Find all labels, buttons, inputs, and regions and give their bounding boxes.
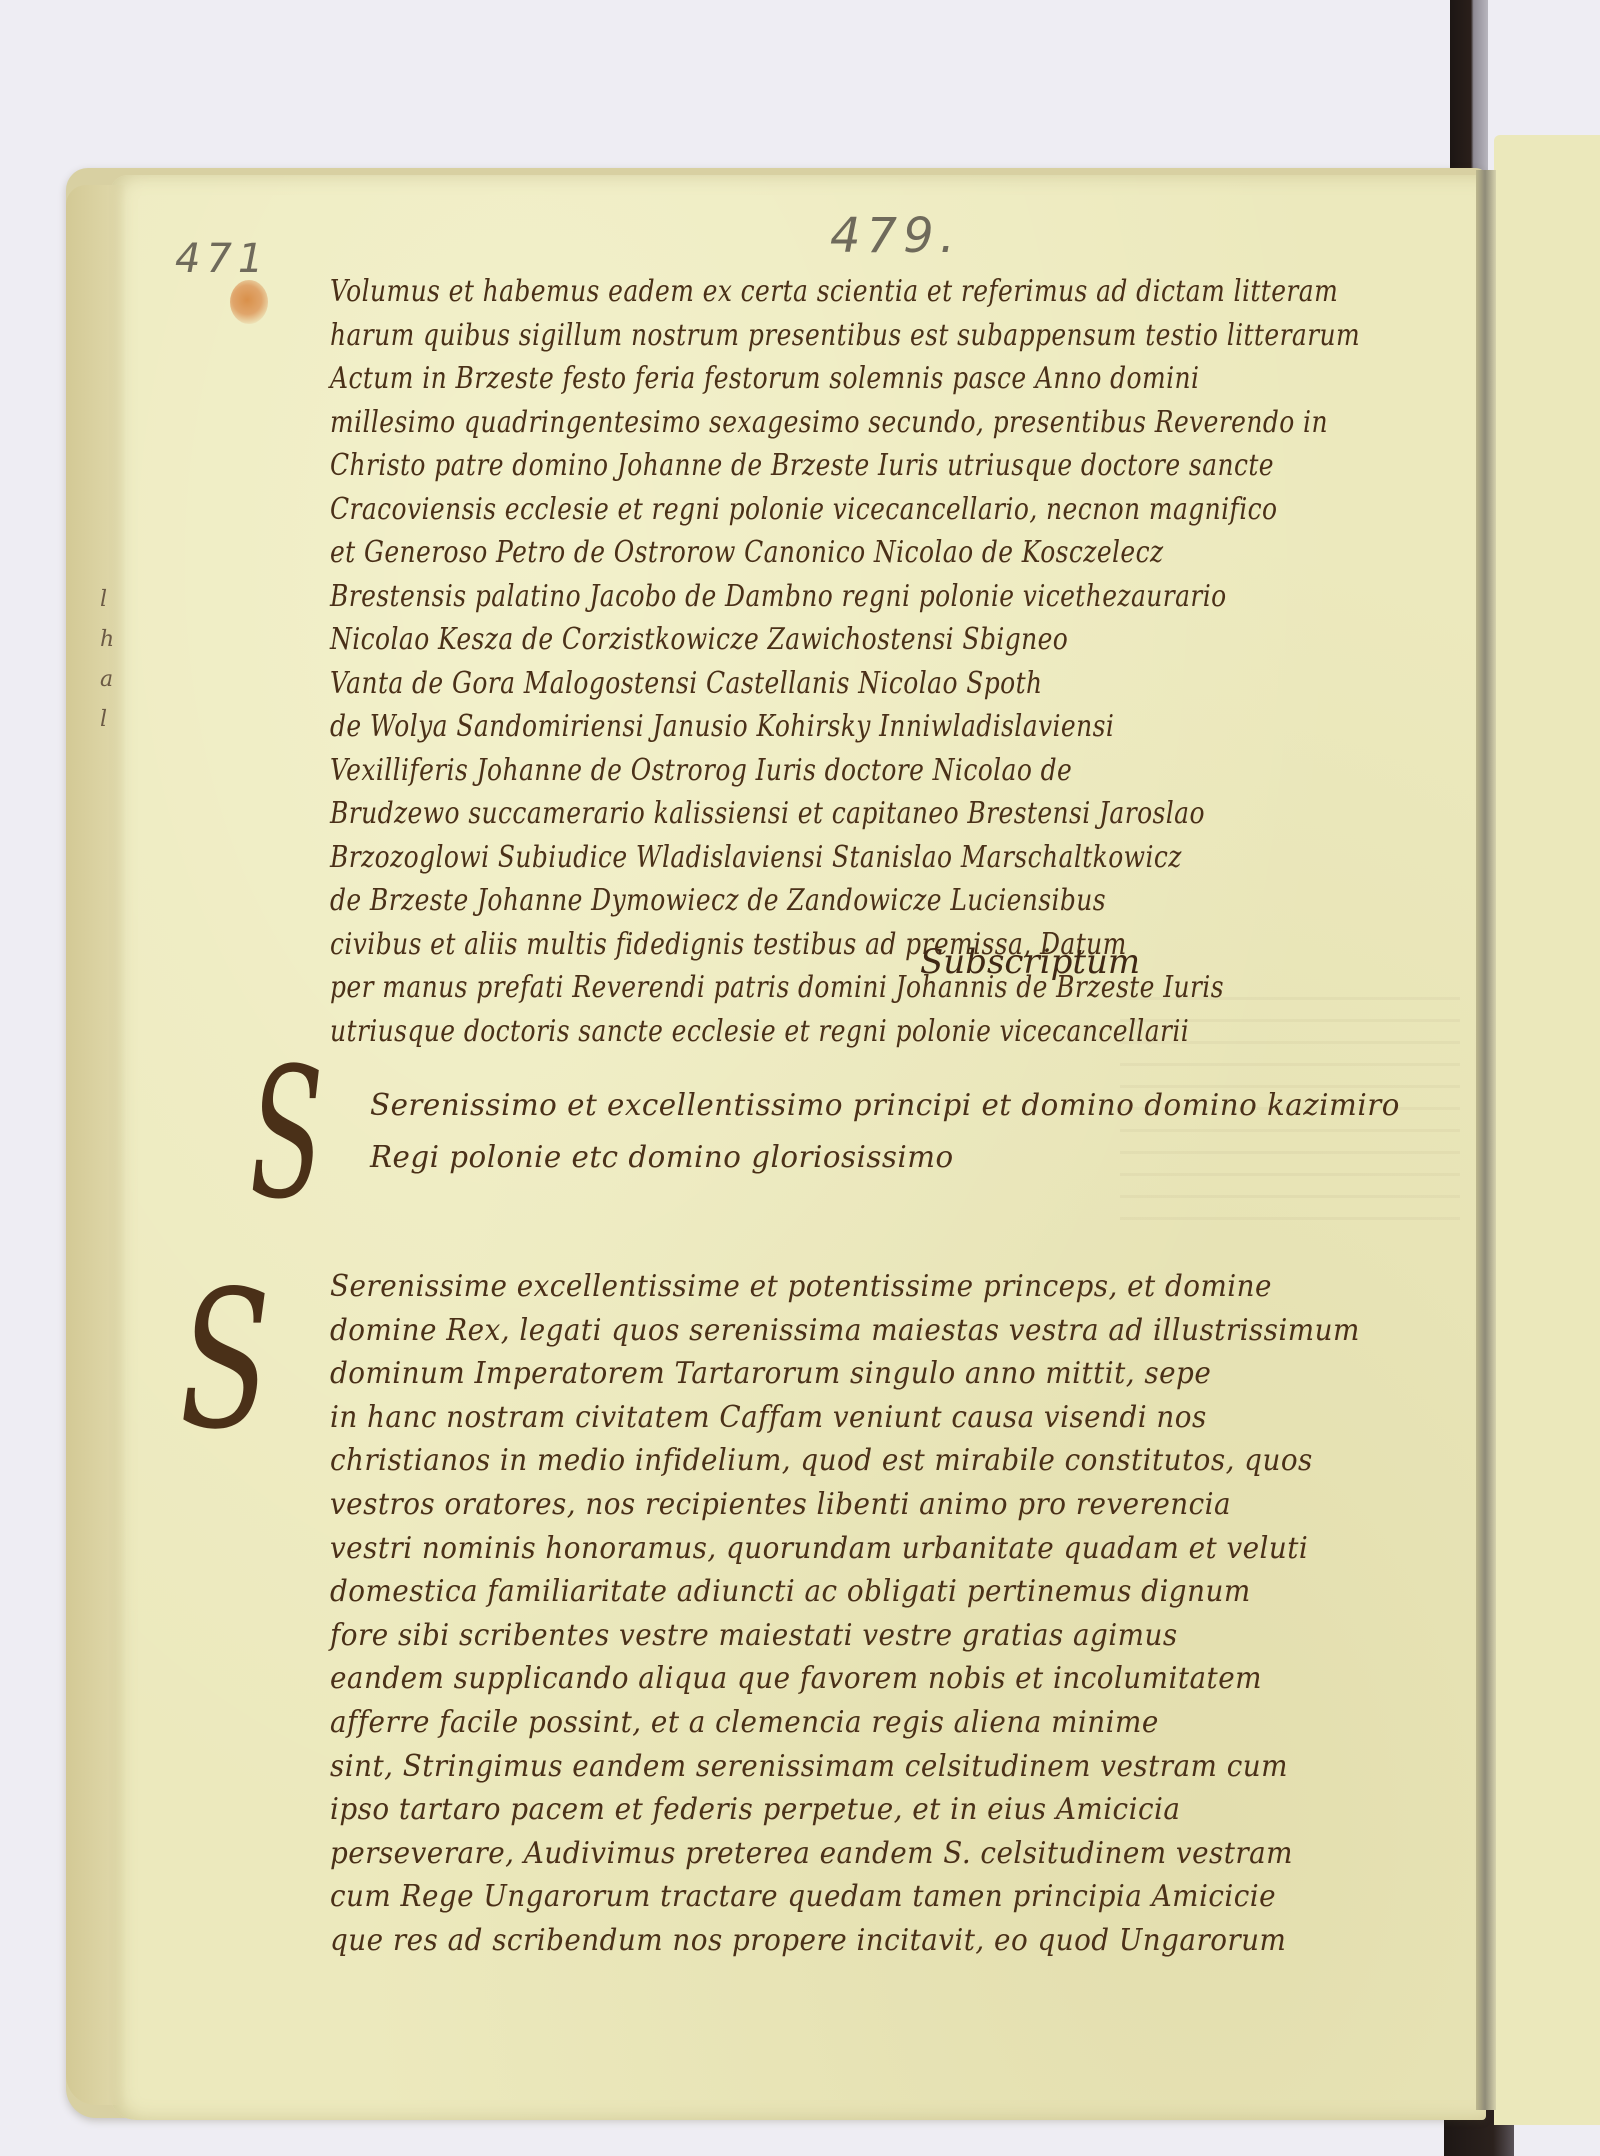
- text-line: christianos in medio infidelium, quod es…: [330, 1439, 1360, 1483]
- text-line: harum quibus sigillum nostrum presentibu…: [330, 314, 1360, 358]
- text-line: de Wolya Sandomiriensi Janusio Kohirsky …: [330, 705, 1360, 749]
- text-line: de Brzeste Johanne Dymowiecz de Zandowic…: [330, 879, 1360, 923]
- text-line: vestri nominis honoramus, quorundam urba…: [330, 1527, 1360, 1571]
- text-line: civibus et aliis multis fidedignis testi…: [330, 923, 1360, 967]
- text-line: Vanta de Gora Malogostensi Castellanis N…: [330, 662, 1360, 706]
- charter-text-block: Volumus et habemus eadem ex certa scient…: [330, 270, 1568, 1053]
- text-line: per manus prefati Reverendi patris domin…: [330, 966, 1360, 1010]
- text-line: eandem supplicando aliqua que favorem no…: [330, 1657, 1360, 1701]
- text-line: dominum Imperatorem Tartarorum singulo a…: [330, 1352, 1360, 1396]
- text-line: Cracoviensis ecclesie et regni polonie v…: [330, 488, 1360, 532]
- text-line: in hanc nostram civitatem Caffam veniunt…: [330, 1396, 1360, 1440]
- text-line: perseverare, Audivimus preterea eandem S…: [330, 1832, 1360, 1876]
- text-line: que res ad scribendum nos propere incita…: [330, 1919, 1360, 1963]
- text-line: afferre facile possint, et a clemencia r…: [330, 1701, 1360, 1745]
- ink-folio-number: 479.: [830, 208, 961, 264]
- text-line: sint, Stringimus eandem serenissimam cel…: [330, 1745, 1360, 1789]
- text-line: millesimo quadringentesimo sexagesimo se…: [330, 401, 1360, 445]
- margin-mark: h: [100, 620, 114, 660]
- text-line: Christo patre domino Johanne de Brzeste …: [330, 444, 1360, 488]
- text-line: Brestensis palatino Jacobo de Dambno reg…: [330, 575, 1360, 619]
- text-line: domestica familiaritate adiuncti ac obli…: [330, 1570, 1360, 1614]
- decorated-initial-s: S: [250, 1030, 324, 1239]
- text-line: Serenissimo et excellentissimo principi …: [370, 1080, 1400, 1132]
- red-wax-stain: [230, 280, 268, 324]
- margin-mark: a: [100, 660, 114, 700]
- book-spine-top: [1450, 0, 1488, 175]
- subscription-signature: Subscriptum: [920, 942, 1140, 982]
- text-line: et Generoso Petro de Ostrorow Canonico N…: [330, 531, 1360, 575]
- text-line: Brudzewo succamerario kalissiensi et cap…: [330, 792, 1360, 836]
- text-line: domine Rex, legati quos serenissima maie…: [330, 1309, 1360, 1353]
- text-line: utriusque doctoris sancte ecclesie et re…: [330, 1010, 1360, 1054]
- decorated-initial-s-letter: S: [180, 1250, 271, 1471]
- text-line: cum Rege Ungarorum tractare quedam tamen…: [330, 1875, 1360, 1919]
- text-line: Actum in Brzeste festo feria festorum so…: [330, 357, 1360, 401]
- text-line: Regi polonie etc domino gloriosissimo: [370, 1132, 1400, 1184]
- text-line: ipso tartaro pacem et federis perpetue, …: [330, 1788, 1360, 1832]
- letter-text-block: Serenissime excellentissime et potentiss…: [330, 1265, 1441, 1963]
- text-line: Nicolao Kesza de Corzistkowicze Zawichos…: [330, 618, 1360, 662]
- text-line: vestros oratores, nos recipientes libent…: [330, 1483, 1360, 1527]
- text-line: Volumus et habemus eadem ex certa scient…: [330, 270, 1360, 314]
- text-line: fore sibi scribentes vestre maiestati ve…: [330, 1614, 1360, 1658]
- text-line: Vexilliferis Johanne de Ostrorog Iuris d…: [330, 749, 1360, 793]
- page-worn-edge: [66, 185, 126, 2105]
- margin-marks: l h a l: [100, 580, 114, 740]
- text-line: Serenissime excellentissime et potentiss…: [330, 1265, 1360, 1309]
- text-line: Brzozoglowi Subiudice Wladislaviensi Sta…: [330, 836, 1360, 880]
- margin-mark: l: [100, 700, 114, 740]
- pencil-folio-number: 471: [175, 236, 269, 282]
- margin-mark: l: [100, 580, 114, 620]
- address-text-block: Serenissimo et excellentissimo principi …: [370, 1080, 1424, 1184]
